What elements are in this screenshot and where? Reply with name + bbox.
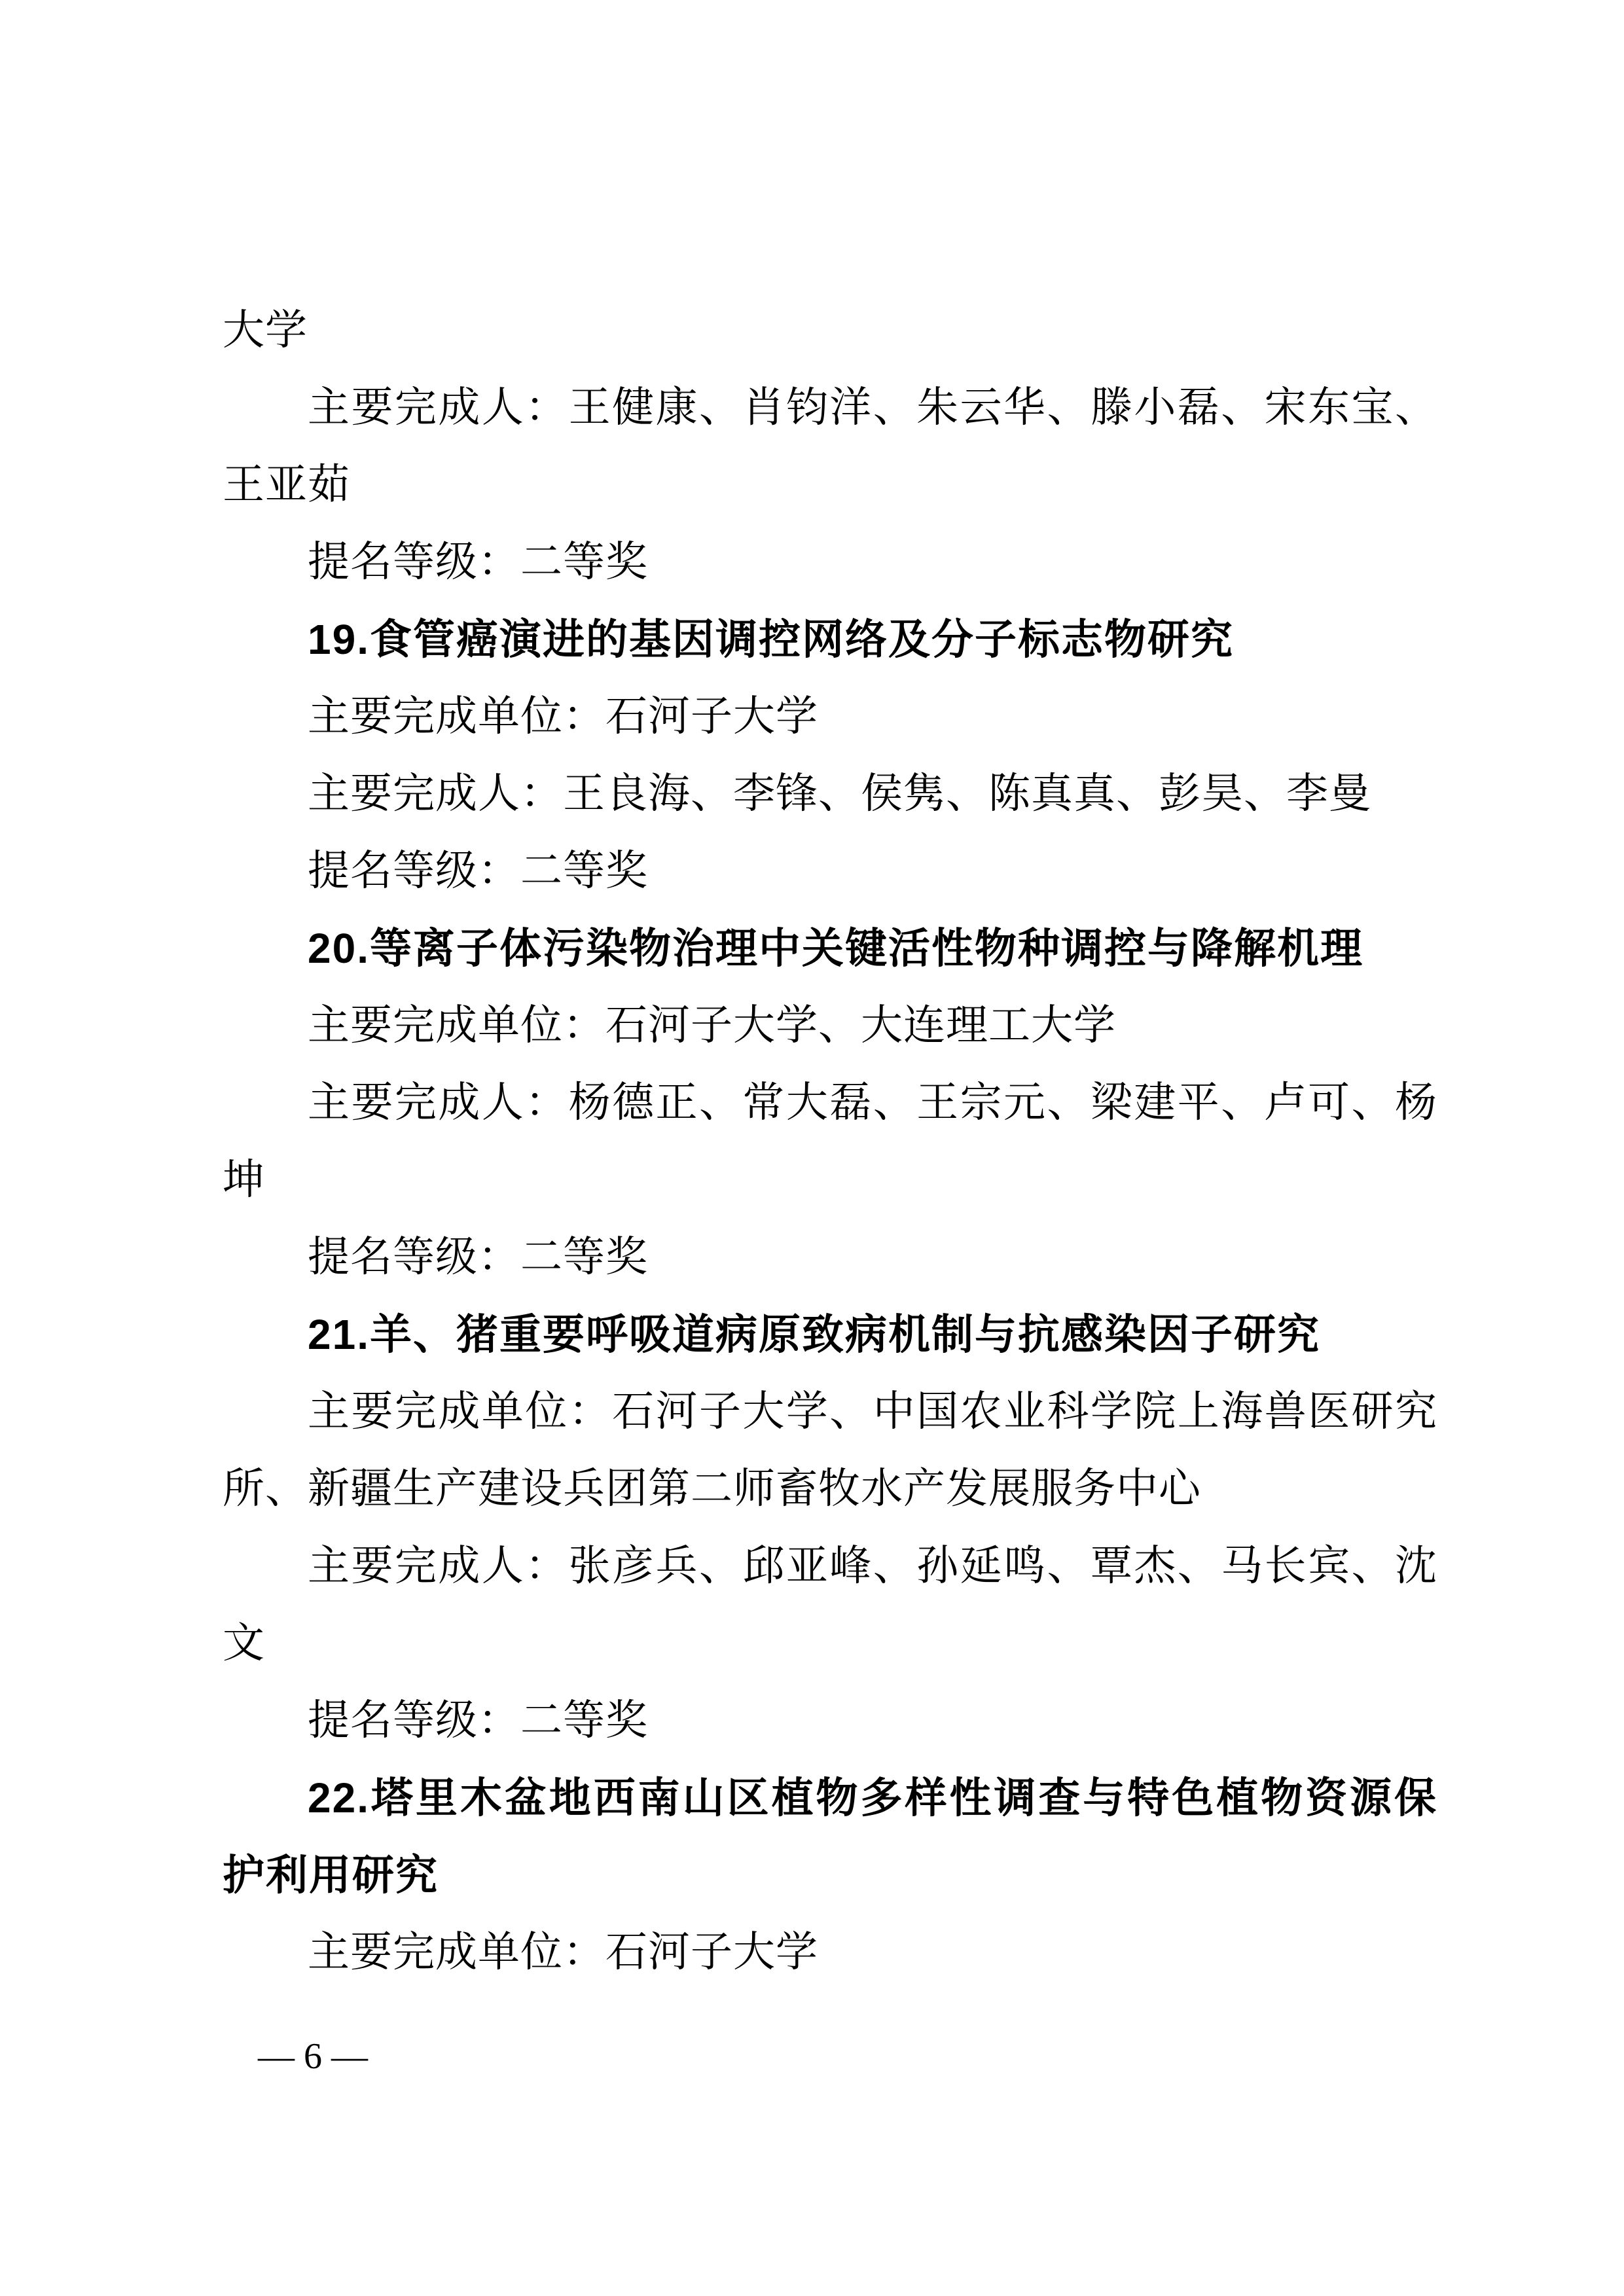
project-title-21: 21.羊、猪重要呼吸道病原致病机制与抗感染因子研究 — [223, 1296, 1437, 1373]
unit-line-22: 主要完成单位：石河子大学 — [223, 1914, 1437, 1991]
grade-line-21: 提名等级：二等奖 — [223, 1682, 1437, 1759]
project-title-22-continuation: 护利用研究 — [223, 1837, 1437, 1914]
completers-line-18: 主要完成人：王健康、肖钧洋、朱云华、滕小磊、宋东宝、 — [223, 369, 1437, 446]
completers-line-21-continuation: 文 — [223, 1605, 1437, 1682]
completers-line-19: 主要完成人：王良海、李锋、侯隽、陈真真、彭昊、李曼 — [223, 755, 1437, 833]
completers-line-20-continuation: 坤 — [223, 1141, 1437, 1219]
project-title-20: 20.等离子体污染物治理中关键活性物种调控与降解机理 — [223, 910, 1437, 987]
document-body: 大学 主要完成人：王健康、肖钧洋、朱云华、滕小磊、宋东宝、 王亚茹 提名等级：二… — [223, 292, 1437, 1991]
unit-line-21-continuation: 所、新疆生产建设兵团第二师畜牧水产发展服务中心 — [223, 1450, 1437, 1528]
grade-line-19: 提名等级：二等奖 — [223, 833, 1437, 910]
page-number: — 6 — — [258, 2037, 368, 2076]
unit-line-19: 主要完成单位：石河子大学 — [223, 678, 1437, 755]
continuation-line-university: 大学 — [223, 292, 1437, 369]
completers-line-20: 主要完成人：杨德正、常大磊、王宗元、梁建平、卢可、杨 — [223, 1064, 1437, 1141]
grade-line-18: 提名等级：二等奖 — [223, 524, 1437, 601]
completers-line-18-continuation: 王亚茹 — [223, 446, 1437, 524]
unit-line-21: 主要完成单位：石河子大学、中国农业科学院上海兽医研究 — [223, 1373, 1437, 1450]
project-title-19: 19.食管癌演进的基因调控网络及分子标志物研究 — [223, 601, 1437, 678]
completers-line-21: 主要完成人：张彦兵、邱亚峰、孙延鸣、覃杰、马长宾、沈 — [223, 1528, 1437, 1605]
unit-line-20: 主要完成单位：石河子大学、大连理工大学 — [223, 987, 1437, 1064]
grade-line-20: 提名等级：二等奖 — [223, 1219, 1437, 1296]
project-title-22: 22.塔里木盆地西南山区植物多样性调查与特色植物资源保 — [223, 1759, 1437, 1837]
document-page: 大学 主要完成人：王健康、肖钧洋、朱云华、滕小磊、宋东宝、 王亚茹 提名等级：二… — [0, 0, 1624, 2296]
